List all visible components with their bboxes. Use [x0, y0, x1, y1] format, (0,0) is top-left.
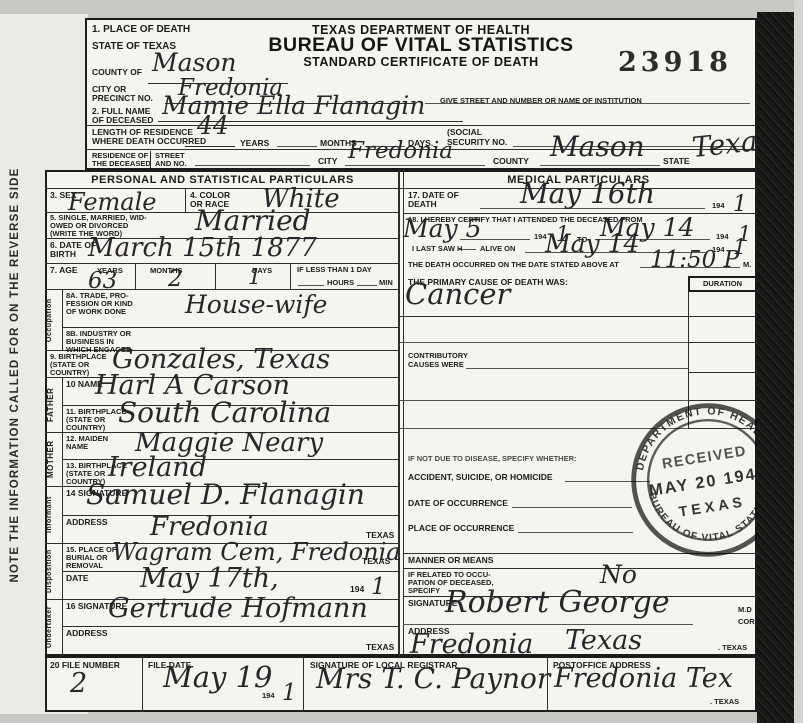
postoffice-texas: . TEXAS [710, 698, 739, 706]
occupation-side-label: Occupation [46, 292, 53, 348]
residence-label-2: THE DECEASED [92, 160, 151, 168]
death-occurred-label: THE DEATH OCCURRED ON THE DATE STATED AB… [408, 261, 619, 269]
physician-addr-city: Fredonia [410, 631, 533, 658]
dod-year-digit: 1 [733, 194, 747, 216]
primary-cause-value: Cancer [405, 280, 510, 309]
marital-value: Married [195, 207, 311, 235]
age-label: 7. AGE [50, 266, 78, 276]
scan-dark-band [757, 12, 794, 723]
last-saw-label-1: I LAST SAW H [412, 245, 462, 253]
physician-sig-value: Robert George [445, 588, 670, 618]
last-saw-value: May 14 [545, 231, 639, 256]
institution-note: GIVE STREET AND NUMBER OR NAME OF INSTIT… [440, 97, 642, 105]
birthplace-value: Gonzales, Texas [112, 346, 330, 373]
to-year-printed: 194 [716, 233, 729, 241]
postoffice-value: Fredonia Tex [554, 665, 733, 692]
burial-value: Wagram Cem, Fredonia [112, 540, 401, 564]
precinct-label-2: PRECINCT NO. [92, 94, 153, 104]
mother-bp-value: Ireland [108, 454, 207, 481]
informant-side-label: Informant [46, 489, 53, 541]
last-saw-label-2: ALIVE ON [480, 245, 515, 253]
certificate-title: STANDARD CERTIFICATE OF DEATH [221, 55, 621, 69]
if-not-disease-label: IF NOT DUE TO DISEASE, SPECIFY WHETHER: [408, 455, 577, 463]
related-label-3: SPECIFY [408, 587, 440, 595]
file-number-value: 2 [70, 670, 87, 697]
trade-label-3: OF WORK DONE [66, 308, 126, 316]
age-min-label: MIN [379, 279, 393, 287]
years-label: YEARS [240, 139, 269, 149]
death-certificate-scan: NOTE THE INFORMATION CALLED FOR ON THE R… [0, 0, 803, 723]
physician-cor-label: COR [738, 618, 755, 626]
informant-addr-value: Fredonia [150, 514, 269, 540]
sex-value: Female [68, 190, 157, 214]
certificate-number: 23918 [618, 47, 732, 78]
street-label-2: AND NO. [155, 160, 187, 168]
county-value: Mason [152, 50, 237, 75]
stamp-texas: TEXAS [678, 494, 747, 520]
death-time-suffix: M. [743, 261, 751, 269]
residence-city-value: Fredonia [348, 140, 453, 163]
father-side-label: FATHER [46, 380, 55, 430]
attended-from-value: May 5 [403, 216, 481, 241]
dob-label-2: BIRTH [50, 250, 76, 260]
duration-header: DURATION [688, 276, 757, 292]
dod-year-printed: 194 [712, 202, 725, 210]
residence-county-value: Mason [550, 133, 645, 161]
informant-sig-value: Samuel D. Flanagin [86, 481, 365, 509]
residence-county-label: COUNTY [493, 157, 529, 167]
county-label: COUNTY OF [92, 68, 142, 78]
age-hours-label: HOURS [327, 279, 354, 287]
physician-addr-state: Texas [565, 627, 642, 654]
age-years-value: 63 [88, 270, 117, 293]
burial-date-value: May 17th, [140, 565, 279, 592]
age-less-label: IF LESS THAN 1 DAY [297, 266, 372, 274]
birthplace-label-3: COUNTRY) [50, 369, 89, 377]
manner-label: MANNER OR MEANS [408, 556, 493, 566]
place-occurrence-label: PLACE OF OCCURRENCE [408, 524, 514, 534]
father-bp-label-3: COUNTRY) [66, 424, 105, 432]
personal-section-title: PERSONAL AND STATISTICAL PARTICULARS [45, 174, 400, 186]
reverse-side-note: NOTE THE INFORMATION CALLED FOR ON THE R… [9, 105, 31, 645]
scan-right-edge [794, 0, 803, 723]
accident-label: ACCIDENT, SUICIDE, OR HOMICIDE [408, 473, 553, 483]
dod-label-2: DEATH [408, 200, 437, 210]
maiden-label-2: NAME [66, 443, 88, 451]
length-years-value: 44 [197, 113, 229, 138]
place-of-death-label: 1. PLACE OF DEATH [92, 24, 190, 35]
dod-value: May 16th [520, 180, 655, 208]
age-days-value: 1 [248, 267, 261, 288]
undertaker-addr-label: ADDRESS [66, 629, 108, 639]
burial-date-label: DATE [66, 574, 89, 584]
mother-side-label: MOTHER [46, 435, 55, 484]
residence-state-label: STATE [663, 157, 690, 167]
undertaker-addr-state: TEXAS [366, 643, 394, 653]
undertaker-side-label: Undertaker [46, 601, 53, 654]
burial-label-3: REMOVAL [66, 562, 103, 570]
death-time-value: 11:50 P [650, 249, 739, 272]
disposition-side-label: Disposition [46, 545, 53, 597]
file-date-value: May 19 [163, 663, 273, 692]
registrar-value: Mrs T. C. Paynor [316, 665, 550, 693]
fullname-label-2: OF DECEASED [92, 116, 153, 126]
residence-city-label: CITY [318, 157, 337, 167]
physician-md-label: M.D [738, 606, 752, 614]
father-bp-value: South Carolina [118, 399, 331, 427]
dob-value: March 15th 1877 [88, 235, 317, 261]
related-value: No [600, 562, 637, 587]
date-occurrence-label: DATE OF OCCURRENCE [408, 499, 508, 509]
contributory-label-2: CAUSES WERE [408, 361, 464, 369]
age-months-value: 2 [168, 268, 183, 291]
ssn-label-2: SECURITY NO. [447, 138, 507, 148]
length-label-2: WHERE DEATH OCCURRED [92, 137, 206, 147]
father-name-value: Harl A Carson [95, 372, 290, 399]
bureau-title: BUREAU OF VITAL STATISTICS [221, 34, 621, 57]
burial-date-year-digit: 1 [371, 576, 386, 599]
file-date-year-digit: 1 [282, 682, 297, 705]
informant-addr-label: ADDRESS [66, 518, 108, 528]
physician-addr-texas: . TEXAS [718, 644, 747, 652]
undertaker-sig-value: Gertrude Hofmann [108, 595, 368, 622]
trade-value: House-wife [185, 292, 327, 317]
